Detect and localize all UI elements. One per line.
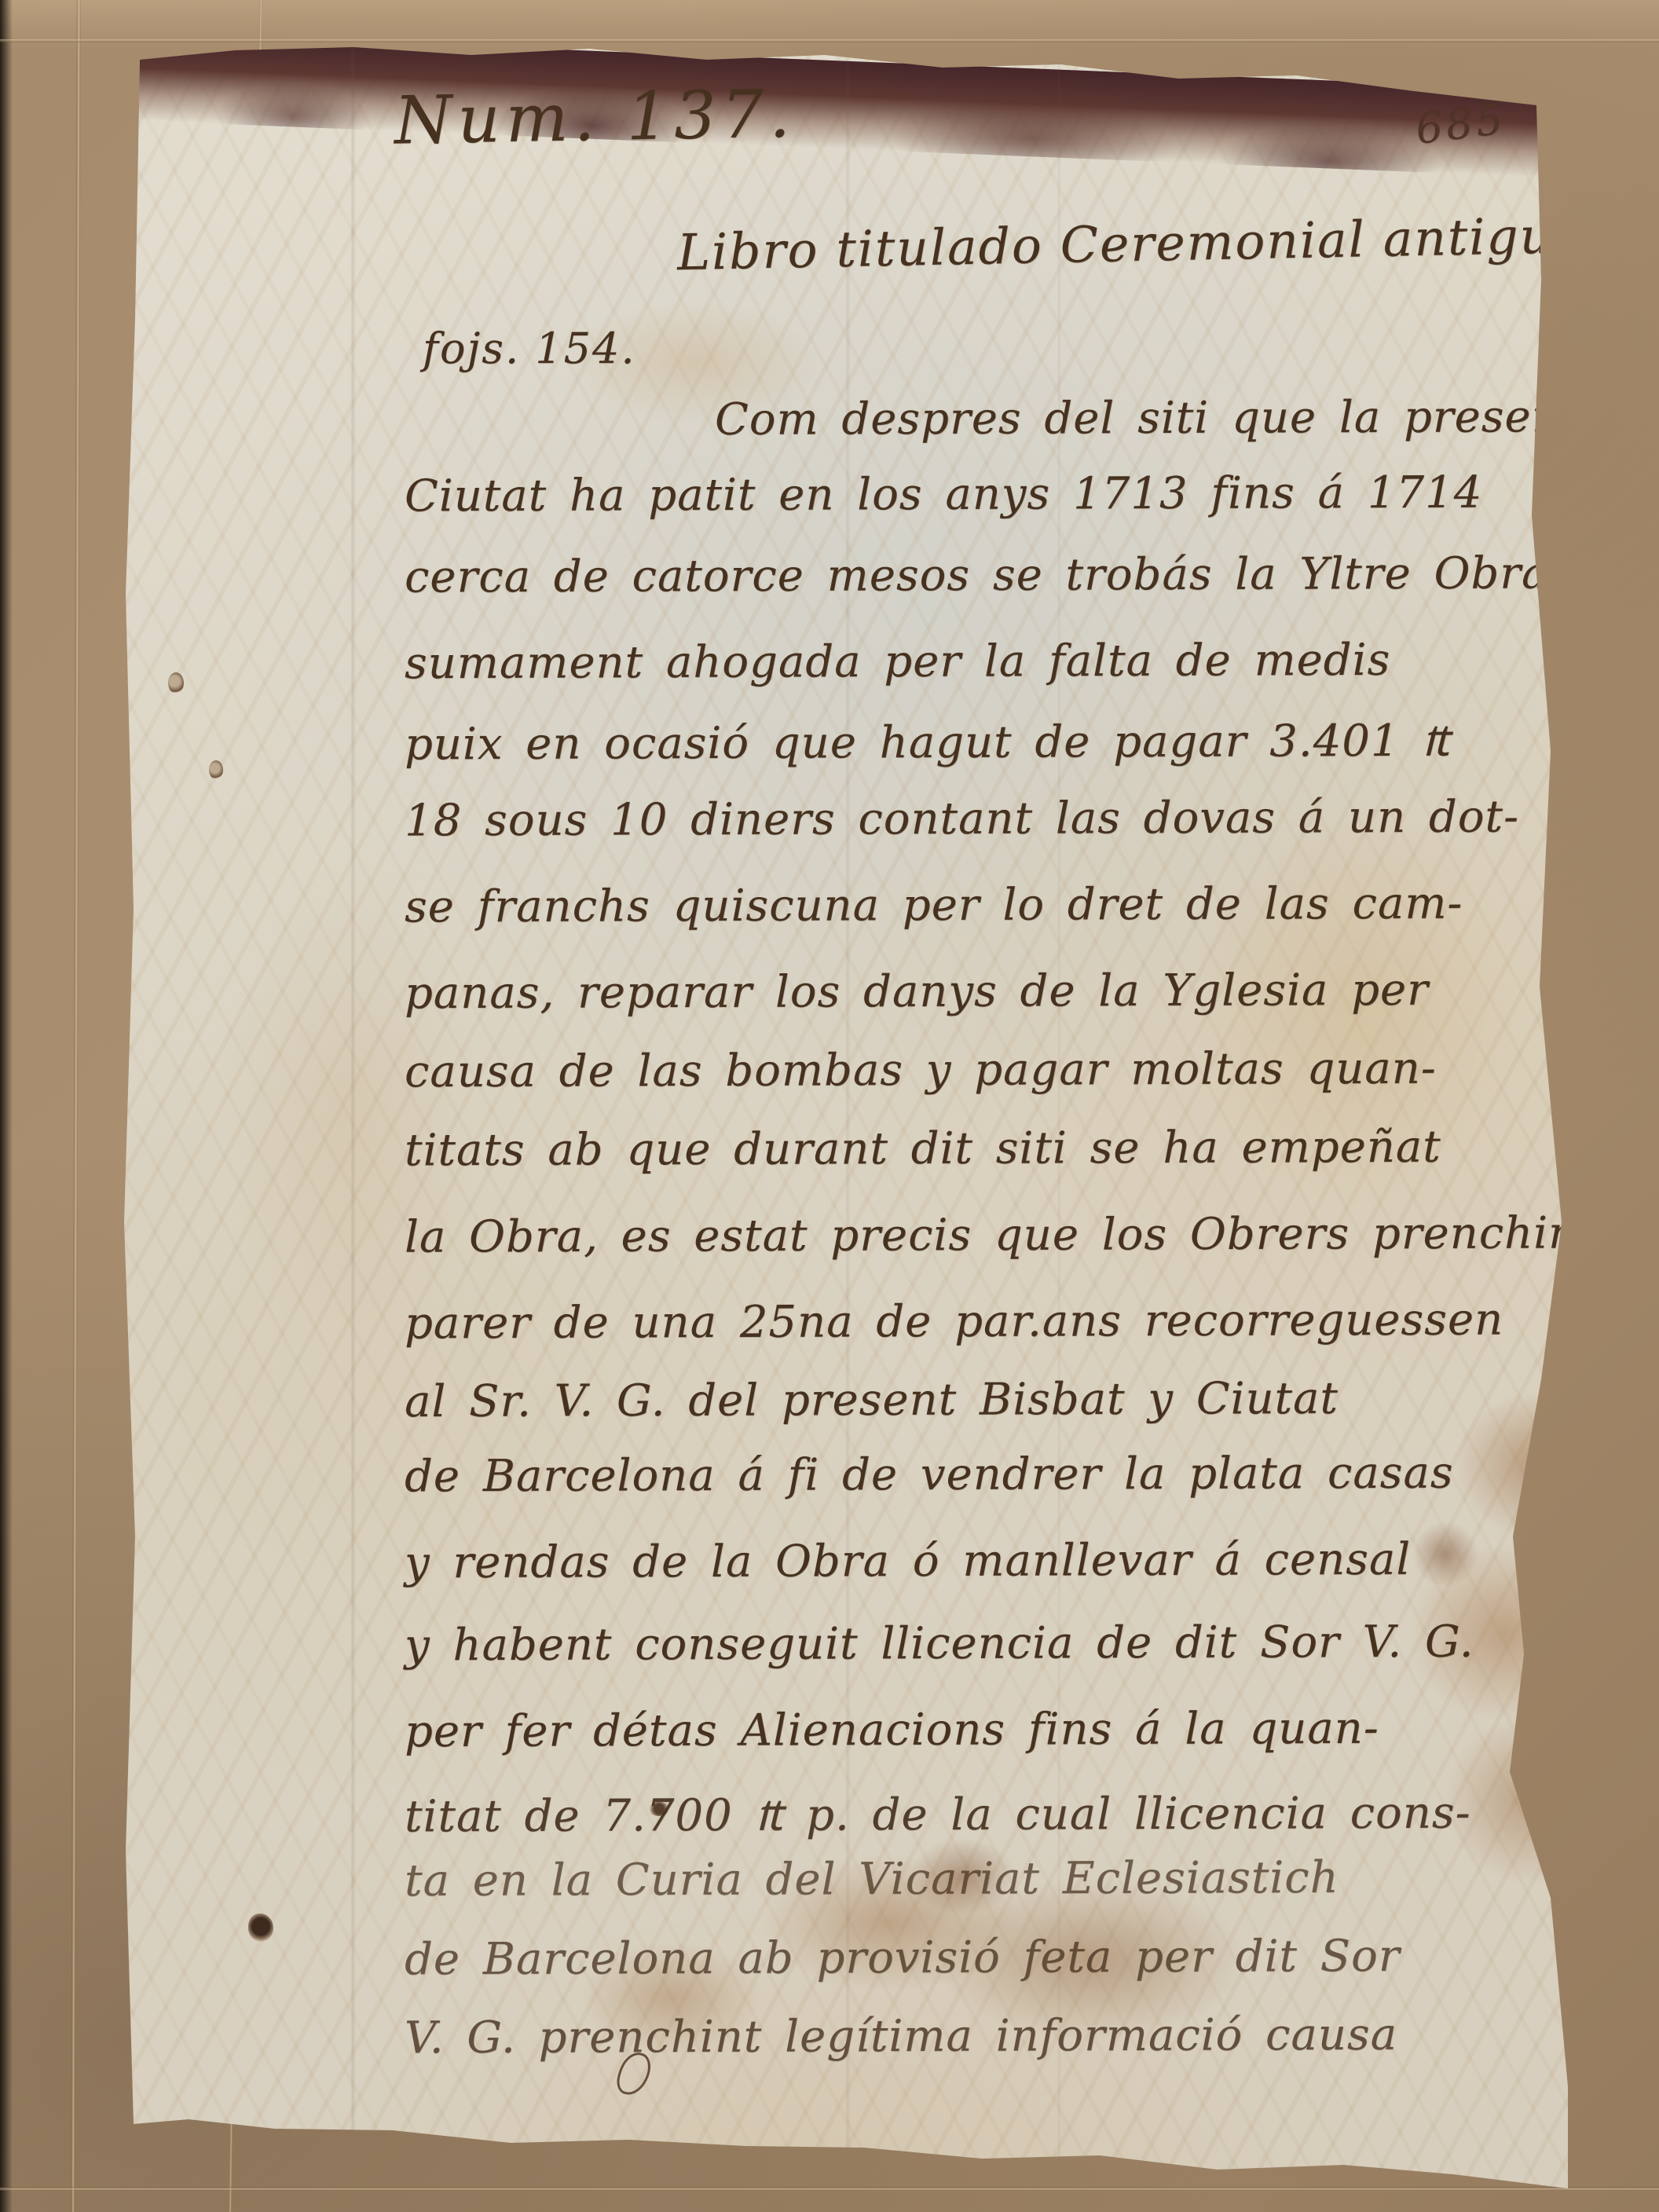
manuscript-line: V. G. prenchint legítima informació caus… (405, 2009, 1397, 2064)
photo-left-shadow-edge (0, 0, 13, 2212)
stain-top-edge (105, 31, 1624, 180)
manuscript-line: 18 sous 10 diners contant las dovas á un… (405, 792, 1519, 847)
manuscript-page: Num. 137. 685 Libro titulado Ceremonial … (118, 44, 1576, 2195)
paper-hole (248, 1914, 273, 1942)
manuscript-line: Ciutat ha patit en los anys 1713 fins á … (405, 467, 1483, 522)
page-number: 685 (1413, 93, 1509, 154)
manuscript-line: titats ab que durant dit siti se ha empe… (405, 1122, 1441, 1177)
manuscript-line: puix en ocasió que hagut de pagar 3.401 … (405, 709, 1450, 773)
binding-pinhole (209, 760, 223, 779)
manuscript-line: parer de una 25na de par.ans recorregues… (405, 1295, 1503, 1350)
manuscript-line: y rendas de la Obra ó manllevar á censal (405, 1534, 1411, 1588)
manuscript-line: per fer détas Alienacions fins á la quan… (405, 1703, 1379, 1757)
book-title-line: Libro titulado Ceremonial antiguo (676, 207, 1584, 281)
entry-number: Num. 137. (394, 75, 796, 159)
cardboard-crease-left (71, 0, 80, 2212)
cardboard-crease-bottom (0, 2187, 1659, 2191)
manuscript-line: causa de las bombas y pagar moltas quan- (405, 1043, 1437, 1098)
manuscript-line: panas, reparar los danys de la Yglesia p… (405, 965, 1429, 1020)
manuscript-line: titat de 7.700 ₶ p. de la cual llicencia… (405, 1782, 1471, 1845)
folio-reference: fojs. 154. (423, 324, 636, 373)
manuscript-line: ta en la Curia del Vicariat Eclesiastich (405, 1852, 1339, 1906)
binding-pinhole (168, 672, 184, 694)
manuscript-line: cerca de catorce mesos se trobás la Yltr… (405, 548, 1549, 602)
manuscript-line: de Barcelona á fi de vendrer la plata ca… (405, 1448, 1454, 1503)
cardboard-backdrop: Num. 137. 685 Libro titulado Ceremonial … (0, 0, 1659, 2212)
manuscript-line: se franchs quiscuna per lo dret de las c… (405, 878, 1463, 933)
manuscript-line: y habent conseguit llicencia de dit Sor … (405, 1617, 1474, 1672)
manuscript-line: Com despres del siti que la present (715, 391, 1579, 445)
manuscript-line: al Sr. V. G. del present Bisbat y Ciutat (405, 1373, 1339, 1427)
manuscript-line: la Obra, es estat precis que los Obrers … (405, 1207, 1596, 1262)
manuscript-line: sumament ahogada per la falta de medis (405, 635, 1390, 689)
cardboard-crease-top (0, 39, 1659, 42)
manuscript-line: de Barcelona ab provisió feta per dit So… (405, 1931, 1401, 1985)
